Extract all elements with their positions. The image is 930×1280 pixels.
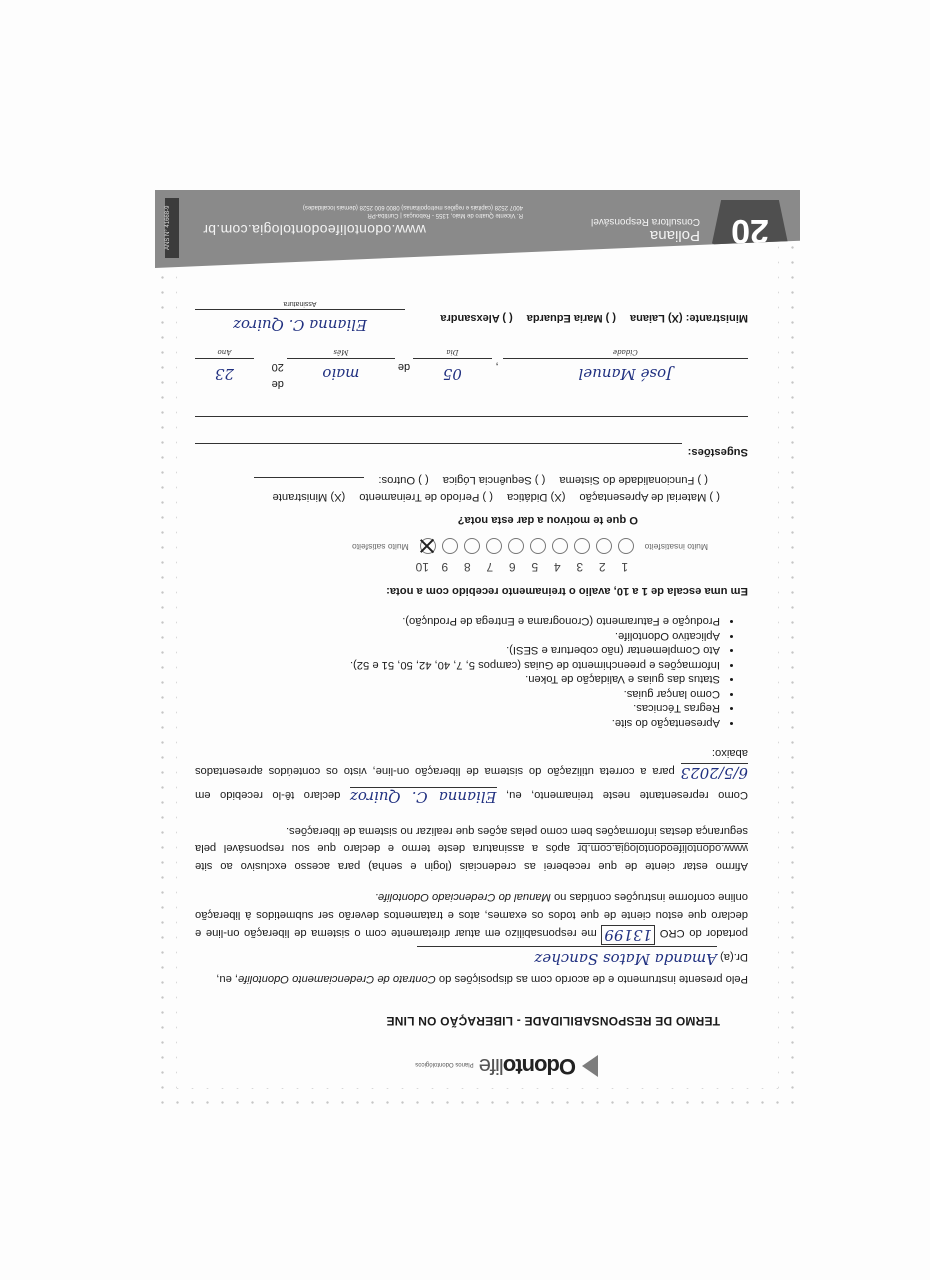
option-per-odo-de-treinamento[interactable]: ( ) Período de Treinamento	[359, 491, 493, 503]
option-material-de-apresenta-o[interactable]: ( ) Material de Apresentação	[579, 491, 720, 503]
rating-number: 5	[524, 557, 547, 576]
rating-number: 8	[456, 557, 479, 576]
rating-option-1[interactable]	[618, 538, 634, 554]
ministrante-options: Ministrante: (X) Laiana( ) Maria Eduarda…	[426, 309, 748, 326]
motivation-question: O que te motivou a dar esta nota?	[195, 511, 638, 528]
rating-option-4[interactable]	[552, 538, 568, 554]
rating-option-2[interactable]	[596, 538, 612, 554]
rating-scale-numbers: 12345678910	[195, 557, 636, 576]
document-title: TERMO DE RESPONSABILIDADE - LIBERAÇÃO ON…	[195, 1011, 720, 1030]
rating-number: 3	[569, 557, 592, 576]
rating-number: 7	[479, 557, 502, 576]
rating-option-5[interactable]	[530, 538, 546, 554]
brand-triangle-icon	[582, 1055, 598, 1077]
rating-number: 2	[591, 557, 614, 576]
suggestions-label: Sugestões:	[688, 443, 748, 460]
representative-paragraph: Como representante neste treinamento, eu…	[195, 744, 748, 808]
option-funcionalidade-do-sistema[interactable]: ( ) Funcionalidade do Sistema	[559, 474, 708, 486]
rating-number: 10	[411, 557, 434, 576]
dentist-name-field[interactable]: Amanda Matos Sanchez	[417, 946, 717, 970]
website-link[interactable]: www.odontolifeodontologia.com.br	[578, 842, 748, 854]
ministrante-label: Ministrante:	[683, 312, 748, 324]
topic-item: Apresentação do site.	[195, 715, 720, 730]
rating-low-label: Muito insatisfeito	[645, 540, 708, 553]
rating-scale: Muito insatisfeito Muito satisfeito	[195, 538, 708, 554]
rating-circles	[417, 538, 637, 554]
consultant-info: Poliana Consultora Responsável	[591, 216, 700, 244]
topic-item: Regras Técnicas.	[195, 701, 720, 716]
city-field[interactable]: José ManuelCidade	[503, 358, 748, 385]
suggestions-input[interactable]	[195, 443, 682, 456]
ministrante-signature-row: Ministrante: (X) Laiana( ) Maria Eduarda…	[195, 309, 748, 336]
suggestions-extra-line[interactable]	[195, 416, 748, 437]
topic-item: Produção e Faturamento (Cronograma e Ent…	[195, 613, 720, 628]
suggestions-field: Sugestões:	[195, 443, 748, 460]
topic-item: Ato Complementar (não cobertura e SESI).	[195, 643, 720, 658]
rating-option-6[interactable]	[508, 538, 524, 554]
rating-number: 1	[614, 557, 637, 576]
topic-item: Como lançar guias.	[195, 686, 720, 701]
footer-address: R. Vicente Quatro de Maio, 1355 - Rebouç…	[203, 202, 523, 218]
motivation-options-row2: ( ) Funcionalidade do Sistema( ) Sequênc…	[195, 470, 708, 487]
option-maria-eduarda[interactable]: ( ) Maria Eduarda	[527, 312, 616, 324]
option-outros[interactable]: ( ) Outros:	[378, 474, 428, 486]
rating-option-3[interactable]	[574, 538, 590, 554]
option-alexsandra[interactable]: ( ) Alexsandra	[440, 312, 512, 324]
day-field[interactable]: 05Dia	[413, 358, 492, 385]
form-content: Odontolife Planos Odontológicos TERMO DE…	[195, 309, 748, 1086]
year-field[interactable]: 23Ano	[195, 358, 254, 385]
date-place-row: José ManuelCidade , 05Dia de maioMês de …	[195, 358, 748, 392]
option-ministrante[interactable]: (X) Ministrante	[273, 491, 346, 503]
option-did-tica[interactable]: (X) Didática	[507, 491, 565, 503]
rating-option-9[interactable]	[442, 538, 458, 554]
rating-option-8[interactable]	[464, 538, 480, 554]
signature-field[interactable]: Elianna C. QuirozAssinatura	[195, 309, 405, 336]
scanned-form-sheet-rotated: Odontolife Planos Odontológicos TERMO DE…	[155, 190, 800, 1110]
rating-number: 4	[546, 557, 569, 576]
brand-name: Odontolife	[480, 1049, 576, 1083]
motivation-options-row1: ( ) Material de Apresentação(X) Didática…	[195, 488, 720, 505]
odontolife-logo: Odontolife Planos Odontológicos	[195, 1046, 598, 1086]
ans-code-strip: ANS N° 41668-9	[165, 198, 179, 258]
intro-paragraph: Pelo presente instrumento e de acordo co…	[195, 888, 748, 988]
representative-name-field[interactable]: Elianna C. Quiroz	[350, 787, 497, 806]
rating-question: Em uma escala de 1 a 10, avalio o treina…	[195, 582, 748, 599]
footer-website[interactable]: www.odontolifeodontologia.com.br	[203, 222, 426, 238]
rating-number: 9	[434, 557, 457, 576]
consultant-role: Consultora Responsável	[591, 216, 700, 227]
rating-option-7[interactable]	[486, 538, 502, 554]
option-sequ-ncia-l-gica[interactable]: ( ) Sequência Lógica	[443, 474, 546, 486]
topic-item: Informações e preenchimento de Guias (ca…	[195, 657, 720, 672]
rating-number: 6	[501, 557, 524, 576]
option-laiana[interactable]: (X) Laiana	[630, 312, 683, 324]
rating-option-10[interactable]	[420, 538, 436, 554]
topics-list: Apresentação do site. Regras Técnicas. C…	[195, 613, 748, 730]
month-field[interactable]: maioMês	[287, 358, 395, 385]
cro-number-field[interactable]: 13199	[601, 925, 655, 945]
topic-item: Aplicativo Odontolife.	[195, 628, 720, 643]
credentials-paragraph: Afirmo estar ciente de que receberei as …	[195, 822, 748, 874]
rating-high-label: Muito satisfeito	[352, 540, 409, 553]
training-date-field[interactable]: 6/5/2023	[681, 764, 748, 783]
topic-item: Status das guias e Validação de Token.	[195, 672, 720, 687]
brand-tagline: Planos Odontológicos	[415, 1059, 473, 1068]
others-input[interactable]	[254, 477, 364, 478]
consultant-name: Poliana	[591, 227, 700, 244]
